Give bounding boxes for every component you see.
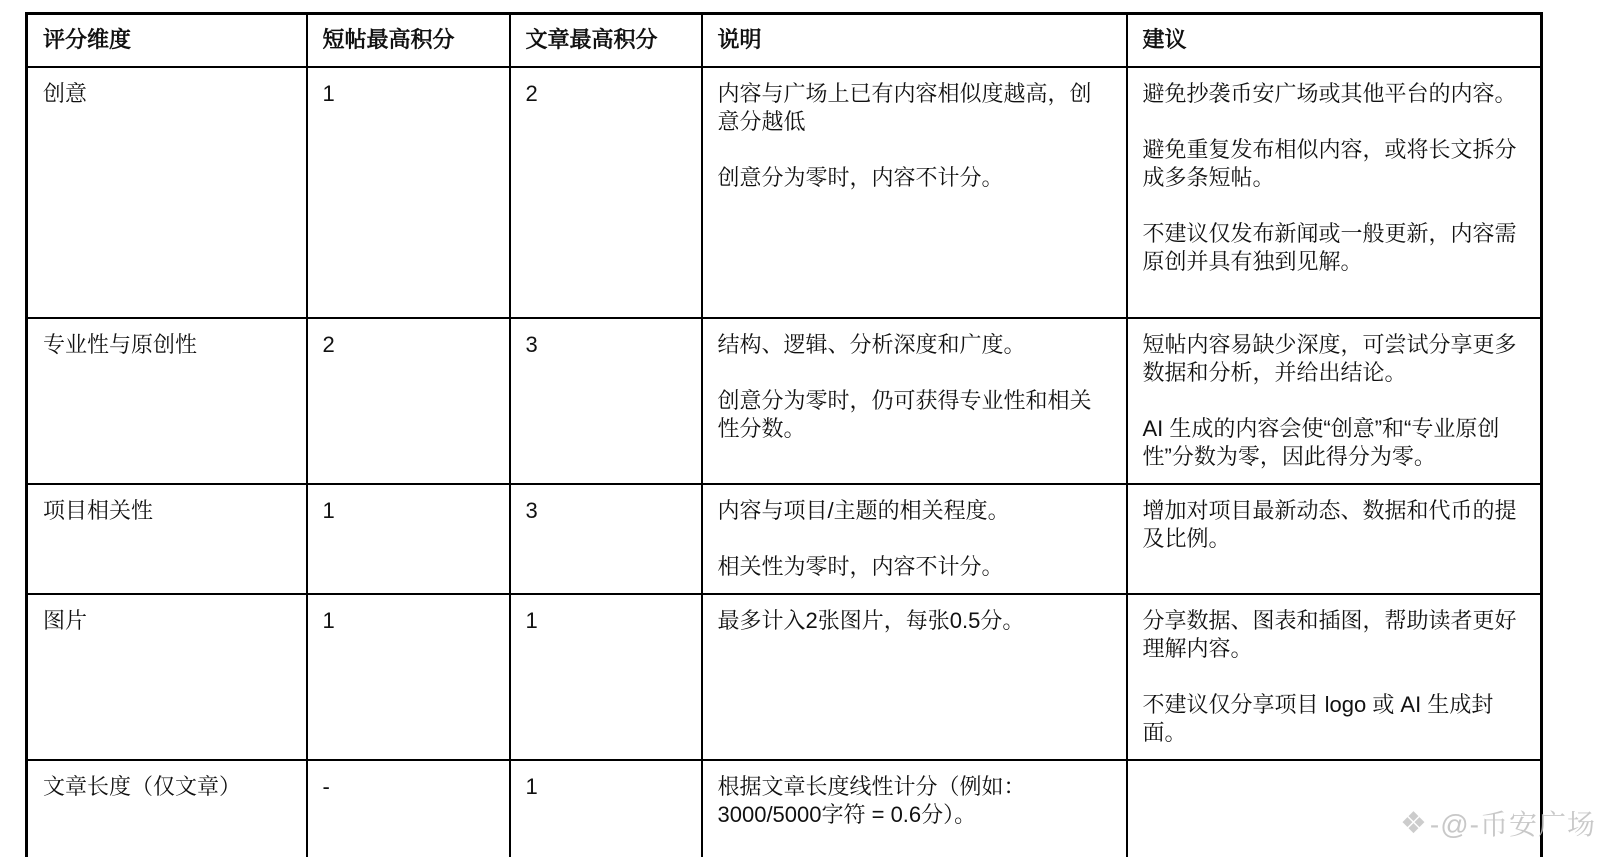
cell-article-max: 2 xyxy=(510,67,702,318)
cell-short-post-max: 1 xyxy=(307,594,510,760)
cell-article-max: 1 xyxy=(510,760,702,857)
table-row-relevance: 项目相关性 1 3 内容与项目/主题的相关程度。 相关性为零时，内容不计分。 增… xyxy=(27,484,1542,594)
cell-suggestion xyxy=(1127,760,1542,857)
header-article-max: 文章最高积分 xyxy=(510,14,702,67)
cell-short-post-max: 2 xyxy=(307,318,510,484)
cell-short-post-max: 1 xyxy=(307,484,510,594)
header-short-post-max: 短帖最高积分 xyxy=(307,14,510,67)
cell-dimension: 创意 xyxy=(27,67,307,318)
table-row-article-length: 文章长度（仅文章） - 1 根据文章长度线性计分（例如：3000/5000字符 … xyxy=(27,760,1542,857)
cell-dimension: 图片 xyxy=(27,594,307,760)
cell-suggestion: 避免抄袭币安广场或其他平台的内容。 避免重复发布相似内容，或将长文拆分成多条短帖… xyxy=(1127,67,1542,318)
cell-article-max: 3 xyxy=(510,318,702,484)
cell-suggestion: 分享数据、图表和插图，帮助读者更好理解内容。 不建议仅分享项目 logo 或 A… xyxy=(1127,594,1542,760)
cell-suggestion: 增加对项目最新动态、数据和代币的提及比例。 xyxy=(1127,484,1542,594)
header-dimension: 评分维度 xyxy=(27,14,307,67)
cell-short-post-max: 1 xyxy=(307,67,510,318)
scoring-rules-page: 评分维度 短帖最高积分 文章最高积分 说明 建议 创意 1 2 内容与广场上已有… xyxy=(0,0,1600,857)
cell-dimension: 文章长度（仅文章） xyxy=(27,760,307,857)
cell-article-max: 3 xyxy=(510,484,702,594)
cell-description: 内容与广场上已有内容相似度越高，创意分越低 创意分为零时，内容不计分。 xyxy=(702,67,1127,318)
scoring-rules-table: 评分维度 短帖最高积分 文章最高积分 说明 建议 创意 1 2 内容与广场上已有… xyxy=(25,12,1543,857)
table-row-creativity: 创意 1 2 内容与广场上已有内容相似度越高，创意分越低 创意分为零时，内容不计… xyxy=(27,67,1542,318)
cell-description: 最多计入2张图片，每张0.5分。 xyxy=(702,594,1127,760)
cell-description: 结构、逻辑、分析深度和广度。 创意分为零时，仍可获得专业性和相关性分数。 xyxy=(702,318,1127,484)
cell-description: 内容与项目/主题的相关程度。 相关性为零时，内容不计分。 xyxy=(702,484,1127,594)
header-suggestion: 建议 xyxy=(1127,14,1542,67)
cell-description: 根据文章长度线性计分（例如：3000/5000字符 = 0.6分）。 xyxy=(702,760,1127,857)
header-description: 说明 xyxy=(702,14,1127,67)
cell-short-post-max: - xyxy=(307,760,510,857)
cell-article-max: 1 xyxy=(510,594,702,760)
cell-dimension: 项目相关性 xyxy=(27,484,307,594)
cell-suggestion: 短帖内容易缺少深度，可尝试分享更多数据和分析，并给出结论。 AI 生成的内容会使… xyxy=(1127,318,1542,484)
table-row-professionalism: 专业性与原创性 2 3 结构、逻辑、分析深度和广度。 创意分为零时，仍可获得专业… xyxy=(27,318,1542,484)
cell-dimension: 专业性与原创性 xyxy=(27,318,307,484)
table-row-images: 图片 1 1 最多计入2张图片，每张0.5分。 分享数据、图表和插图，帮助读者更… xyxy=(27,594,1542,760)
table-header-row: 评分维度 短帖最高积分 文章最高积分 说明 建议 xyxy=(27,14,1542,67)
